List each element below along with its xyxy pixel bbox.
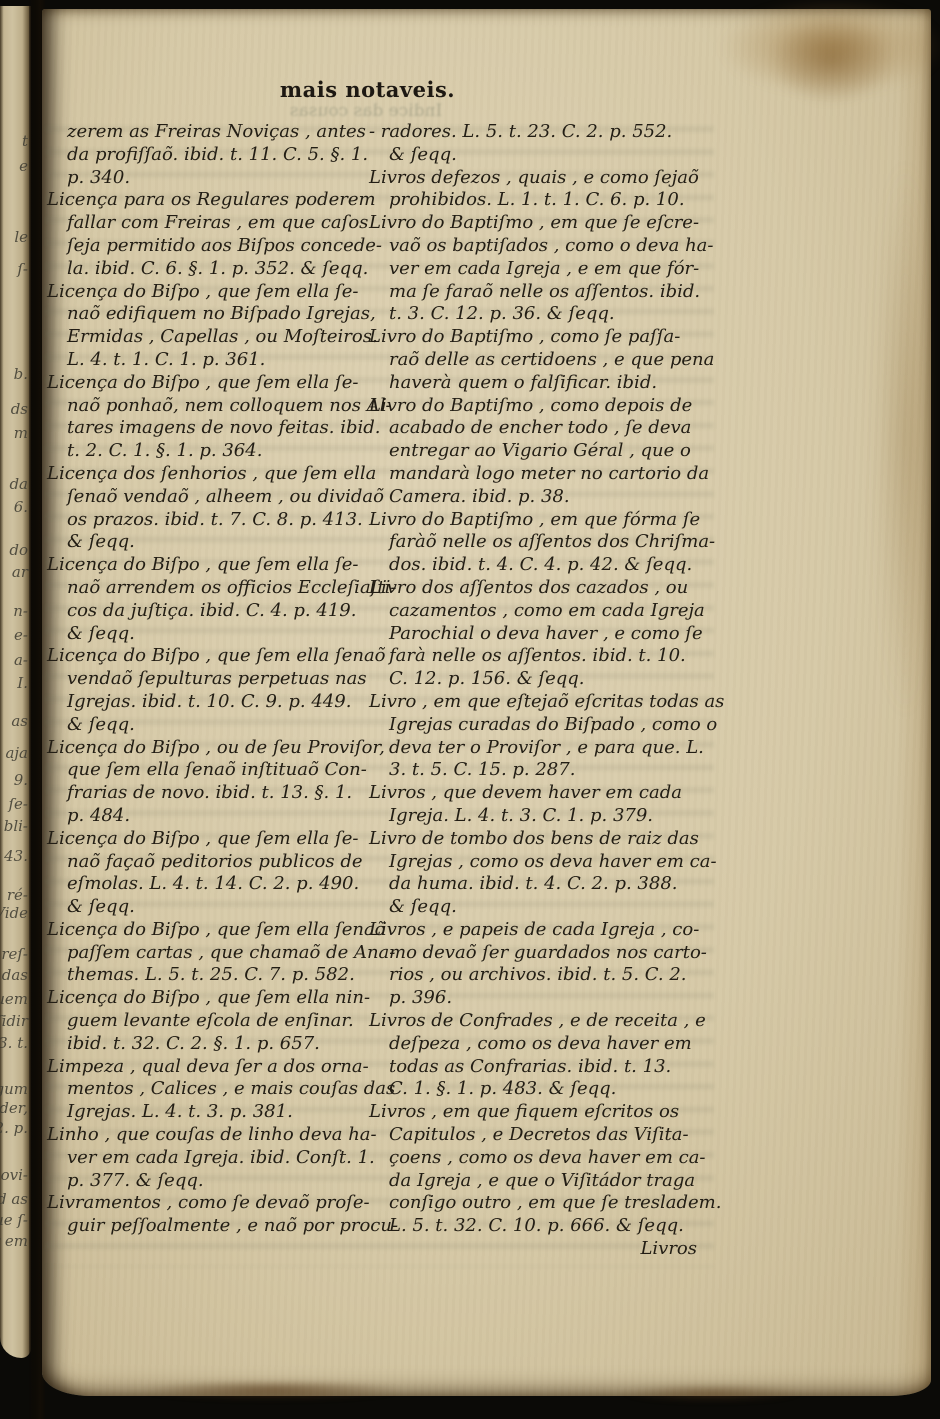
facing-page-edge: teleſ-b.dsmda6.doarn-e-a-I.asaja9.ſe-bli… bbox=[0, 6, 31, 1358]
index-line: naõ edifiquem no Biſpado Igrejas, bbox=[47, 303, 379, 326]
index-line: Licença do Biſpo , que ſem ella ſenaõ bbox=[47, 645, 379, 668]
facing-page-text-fragment: do bbox=[9, 541, 28, 559]
index-entry: Livro do Baptiſmo , como depois deacabad… bbox=[369, 395, 705, 509]
facing-page-text-fragment: 43. bbox=[4, 847, 28, 865]
index-line: Livro , em que eſtejaõ eſcritas todas as bbox=[369, 691, 705, 714]
index-line: rios , ou archivos. ibid. t. 5. C. 2. bbox=[369, 964, 705, 987]
facing-page-text-fragment: t bbox=[22, 132, 28, 150]
index-line: themas. L. 5. t. 25. C. 7. p. 582. bbox=[47, 964, 379, 987]
index-line: ver em cada Igreja , e em que fór- bbox=[369, 258, 705, 281]
facing-page-text-fragment: 2. p. bbox=[0, 1119, 28, 1137]
index-line: Licença do Biſpo , ou de ſeu Proviſor, bbox=[47, 737, 379, 760]
showthrough-header: Indice das cousas bbox=[266, 101, 466, 121]
facing-page-text-fragment: b. bbox=[14, 365, 28, 383]
index-line: haverà quem o falſificar. ibid. bbox=[369, 372, 705, 395]
index-entry: Livros defezos , quais , e como ſejaõpro… bbox=[369, 167, 705, 213]
index-entry: Livro do Baptiſmo , como ſe paſſa-raõ de… bbox=[369, 326, 705, 394]
index-line: fallar com Freiras , em que caſos bbox=[47, 212, 379, 235]
index-line: ibid. t. 32. C. 2. §. 1. p. 657. bbox=[47, 1033, 379, 1056]
index-line: Livros , em que fiquem eſcritos os bbox=[369, 1101, 705, 1124]
index-entry: Livro dos aſſentos dos cazados , oucazam… bbox=[369, 577, 705, 691]
facing-page-text-fragment: as bbox=[11, 712, 28, 730]
index-entry: - radores. L. 5. t. 23. C. 2. p. 552.& ſ… bbox=[369, 121, 705, 167]
index-line: Ermidas , Capellas , ou Moſteiros. bbox=[47, 326, 379, 349]
index-entry: Livro do Baptiſmo , em que ſe eſcre-vaõ … bbox=[369, 212, 705, 326]
index-line: Livros , e papeis de cada Igreja , co- bbox=[369, 919, 705, 942]
index-line: & ſeqq. bbox=[47, 623, 379, 646]
index-line: Igrejas , como os deva haver em ca- bbox=[369, 851, 705, 874]
index-line: 3. t. 5. C. 15. p. 287. bbox=[369, 759, 705, 782]
index-line: & ſeqq. bbox=[47, 714, 379, 737]
facing-page-text-fragment: das bbox=[2, 966, 28, 984]
index-line: çoens , como os deva haver em ca- bbox=[369, 1147, 705, 1170]
index-line: deſpeza , como os deva haver em bbox=[369, 1033, 705, 1056]
index-line: Igrejas. ibid. t. 10. C. 9. p. 449. bbox=[47, 691, 379, 714]
index-entry: Livros , e papeis de cada Igreja , co-mo… bbox=[369, 919, 705, 1010]
index-line: p. 340. bbox=[47, 167, 379, 190]
index-line: Capitulos , e Decretos das Viſita- bbox=[369, 1124, 705, 1147]
facing-page-text-fragment: e bbox=[19, 157, 28, 175]
index-line: da profiſſaõ. ibid. t. 11. C. 5. §. 1. bbox=[47, 144, 379, 167]
index-line: Igreja. L. 4. t. 3. C. 1. p. 379. bbox=[369, 805, 705, 828]
facing-page-text-fragment: ſidir bbox=[0, 1012, 28, 1030]
facing-page-text-fragment: d as bbox=[0, 1190, 28, 1208]
index-line: naõ façaõ peditorios publicos de bbox=[47, 851, 379, 874]
catchword: Livros bbox=[369, 1238, 705, 1261]
index-line: conſigo outro , em que ſe tresladem. bbox=[369, 1192, 705, 1215]
index-column-right: - radores. L. 5. t. 23. C. 2. p. 552.& ſ… bbox=[369, 121, 705, 1261]
index-entry: Licença do Biſpo , que ſem ella nin-guem… bbox=[47, 987, 379, 1055]
index-line: cazamentos , como em cada Igreja bbox=[369, 600, 705, 623]
facing-page-text-fragment: I. bbox=[17, 674, 28, 692]
paper-smudge-bottom-right bbox=[622, 1384, 802, 1402]
facing-page-text-fragment: a- bbox=[14, 651, 28, 669]
index-line: Licença dos ſenhorios , que ſem ella bbox=[47, 463, 379, 486]
index-line: la. ibid. C. 6. §. 1. p. 352. & ſeqq. bbox=[47, 258, 379, 281]
facing-page-text-fragment: ue ſ- bbox=[0, 1211, 28, 1229]
index-line: mandarà logo meter no cartorio da bbox=[369, 463, 705, 486]
index-line: guir peſſoalmente , e naõ por procu- bbox=[47, 1215, 379, 1238]
index-line: da Igreja , e que o Viſitádor traga bbox=[369, 1170, 705, 1193]
index-line: Parochial o deva haver , e como ſe bbox=[369, 623, 705, 646]
facing-page-text-fragment: da bbox=[9, 475, 28, 493]
index-entry: Licença do Biſpo , ou de ſeu Proviſor,qu… bbox=[47, 737, 379, 828]
index-line: Livros defezos , quais , e como ſejaõ bbox=[369, 167, 705, 190]
index-line: naõ arrendem os officios Eccleſiaſti- bbox=[47, 577, 379, 600]
facing-page-text-fragment: ds bbox=[11, 400, 28, 418]
index-line: vendaõ ſepulturas perpetuas nas bbox=[47, 668, 379, 691]
index-line: L. 5. t. 32. C. 10. p. 666. & ſeqq. bbox=[369, 1215, 705, 1238]
facing-page-text-fragment: ar bbox=[12, 563, 28, 581]
facing-page-text-fragment: le bbox=[14, 228, 28, 246]
paper-smudge-bottom-left bbox=[142, 1380, 402, 1400]
index-line: Licença para os Regulares poderem bbox=[47, 189, 379, 212]
facing-page-text-fragment: gum bbox=[0, 1080, 28, 1098]
facing-page-text-fragment: uem bbox=[0, 990, 28, 1008]
index-entry: Livro , em que eſtejaõ eſcritas todas as… bbox=[369, 691, 705, 782]
index-entry: Licença para os Regulares poderemfallar … bbox=[47, 189, 379, 280]
index-entry: Livros , em que fiquem eſcritos osCapitu… bbox=[369, 1101, 705, 1238]
index-line: Licença do Biſpo , que ſem ella ſe- bbox=[47, 554, 379, 577]
index-line: Livro dos aſſentos dos cazados , ou bbox=[369, 577, 705, 600]
index-line: Livros , que devem haver em cada bbox=[369, 782, 705, 805]
index-line: eſmolas. L. 4. t. 14. C. 2. p. 490. bbox=[47, 873, 379, 896]
facing-page-text-fragment: 9. bbox=[14, 771, 28, 789]
index-line: naõ ponhaõ, nem colloquem nos Al- bbox=[47, 395, 379, 418]
index-line: da huma. ibid. t. 4. C. 2. p. 388. bbox=[369, 873, 705, 896]
facing-page-text-fragment: 3. t. bbox=[0, 1034, 28, 1052]
index-line: Igrejas curadas do Biſpado , como o bbox=[369, 714, 705, 737]
facing-page-text-fragment: aja bbox=[5, 744, 28, 762]
facing-page-text-fragment: m bbox=[14, 424, 28, 442]
index-line: todas as Confrarias. ibid. t. 13. bbox=[369, 1056, 705, 1079]
index-line: paſſem cartas , que chamaõ de Ana- bbox=[47, 942, 379, 965]
index-entry: Licença do Biſpo , que ſem ella ſenaõven… bbox=[47, 645, 379, 736]
index-line: Licença do Biſpo , que ſem ella ſe- bbox=[47, 281, 379, 304]
facing-page-text-fragment: ovi- bbox=[1, 1166, 28, 1184]
facing-page-text-fragment: eder, bbox=[0, 1099, 28, 1117]
index-entry: Livro de tombo dos bens de raiz dasIgrej… bbox=[369, 828, 705, 919]
index-line: cos da juſtiça. ibid. C. 4. p. 419. bbox=[47, 600, 379, 623]
index-line: Livro do Baptiſmo , em que fórma ſe bbox=[369, 509, 705, 532]
index-line: Livros de Confrades , e de receita , e bbox=[369, 1010, 705, 1033]
index-entry: Livro do Baptiſmo , em que fórma ſefaràõ… bbox=[369, 509, 705, 577]
paper-stain-top-right-dark bbox=[771, 15, 891, 105]
index-entry: Licença do Biſpo , que ſem ella ſe-naõ f… bbox=[47, 828, 379, 919]
index-line: & ſeqq. bbox=[47, 531, 379, 554]
scanned-page: Indice das cousas mais notaveis. zerem a… bbox=[42, 9, 931, 1396]
index-line: C. 12. p. 156. & ſeqq. bbox=[369, 668, 705, 691]
index-line: frarias de novo. ibid. t. 13. §. 1. bbox=[47, 782, 379, 805]
index-line: os prazos. ibid. t. 7. C. 8. p. 413. bbox=[47, 509, 379, 532]
index-line: guem levante eſcola de enſinar. bbox=[47, 1010, 379, 1033]
facing-page-text-fragment: ſ- bbox=[17, 260, 28, 278]
index-entry: Livros , que devem haver em cadaIgreja. … bbox=[369, 782, 705, 828]
facing-page-text-fragment: Vide bbox=[0, 904, 28, 922]
index-line: mo devaõ ſer guardados nos carto- bbox=[369, 942, 705, 965]
index-line: & ſeqq. bbox=[369, 896, 705, 919]
index-entry: Livramentos , como ſe devaõ proſe-guir p… bbox=[47, 1192, 379, 1238]
index-line: L. 4. t. 1. C. 1. p. 361. bbox=[47, 349, 379, 372]
index-entry: zerem as Freiras Noviças , antesda profi… bbox=[47, 121, 379, 189]
index-line: & ſeqq. bbox=[369, 144, 705, 167]
index-line: ma ſe faraõ nelle os aſſentos. ibid. bbox=[369, 281, 705, 304]
index-line: Licença do Biſpo , que ſem ella nin- bbox=[47, 987, 379, 1010]
index-line: - radores. L. 5. t. 23. C. 2. p. 552. bbox=[369, 121, 705, 144]
index-column-left: zerem as Freiras Noviças , antesda profi… bbox=[47, 121, 379, 1238]
index-line: deva ter o Proviſor , e para que. L. bbox=[369, 737, 705, 760]
index-entry: Licença do Biſpo , que ſem ella ſe-naõ p… bbox=[47, 372, 379, 463]
index-line: Limpeza , qual deva ſer a dos orna- bbox=[47, 1056, 379, 1079]
index-line: C. 1. §. 1. p. 483. & ſeqq. bbox=[369, 1078, 705, 1101]
index-line: p. 377. & ſeqq. bbox=[47, 1170, 379, 1193]
index-entry: Licença do Biſpo , que ſem ella ſenaõpaſ… bbox=[47, 919, 379, 987]
facing-page-text-fragment: reſ- bbox=[1, 945, 28, 963]
running-header: mais notaveis. bbox=[270, 77, 465, 102]
index-line: que ſem ella ſenaõ inſtituaõ Con- bbox=[47, 759, 379, 782]
index-line: Camera. ibid. p. 38. bbox=[369, 486, 705, 509]
index-line: t. 3. C. 12. p. 36. & ſeqq. bbox=[369, 303, 705, 326]
index-line: ſenaõ vendaõ , alheem , ou dividaõ bbox=[47, 486, 379, 509]
index-line: p. 396. bbox=[369, 987, 705, 1010]
index-entry: Licença dos ſenhorios , que ſem ellaſena… bbox=[47, 463, 379, 554]
index-entry: Livros de Confrades , e de receita , ede… bbox=[369, 1010, 705, 1101]
index-line: Livramentos , como ſe devaõ proſe- bbox=[47, 1192, 379, 1215]
index-line: ver em cada Igreja. ibid. Conſt. 1. bbox=[47, 1147, 379, 1170]
index-line: vaõ os baptiſados , como o deva ha- bbox=[369, 235, 705, 258]
index-line: prohibidos. L. 1. t. 1. C. 6. p. 10. bbox=[369, 189, 705, 212]
index-line: Licença do Biſpo , que ſem ella ſe- bbox=[47, 828, 379, 851]
index-line: dos. ibid. t. 4. C. 4. p. 42. & ſeqq. bbox=[369, 554, 705, 577]
facing-page-text-fragment: bli- bbox=[4, 817, 28, 835]
facing-page-text-fragment: 6. bbox=[14, 498, 28, 516]
index-line: Licença do Biſpo , que ſem ella ſenaõ bbox=[47, 919, 379, 942]
index-line: t. 2. C. 1. §. 1. p. 364. bbox=[47, 440, 379, 463]
index-entry: Licença do Biſpo , que ſem ella ſe-naõ a… bbox=[47, 554, 379, 645]
index-line: ſeja permitido aos Biſpos concede- bbox=[47, 235, 379, 258]
index-entry: Limpeza , qual deva ſer a dos orna-mento… bbox=[47, 1056, 379, 1124]
index-line: p. 484. bbox=[47, 805, 379, 828]
index-line: & ſeqq. bbox=[47, 896, 379, 919]
index-line: Livro do Baptiſmo , como ſe paſſa- bbox=[369, 326, 705, 349]
index-entry: Licença do Biſpo , que ſem ella ſe-naõ e… bbox=[47, 281, 379, 372]
facing-page-text-fragment: e- bbox=[14, 626, 28, 644]
index-line: tares imagens de novo feitas. ibid. bbox=[47, 417, 379, 440]
index-line: faràõ nelle os aſſentos dos Chriſma- bbox=[369, 531, 705, 554]
index-line: Livro do Baptiſmo , em que ſe eſcre- bbox=[369, 212, 705, 235]
index-line: zerem as Freiras Noviças , antes bbox=[47, 121, 379, 144]
index-line: Livro do Baptiſmo , como depois de bbox=[369, 395, 705, 418]
paper-stain-right-edge bbox=[875, 159, 935, 719]
index-line: Livro de tombo dos bens de raiz das bbox=[369, 828, 705, 851]
index-line: raõ delle as certidoens , e que pena bbox=[369, 349, 705, 372]
index-line: farà nelle os aſſentos. ibid. t. 10. bbox=[369, 645, 705, 668]
index-line: entregar ao Vigario Géral , que o bbox=[369, 440, 705, 463]
facing-page-text-fragment: n- bbox=[13, 602, 28, 620]
index-line: Licença do Biſpo , que ſem ella ſe- bbox=[47, 372, 379, 395]
facing-page-text-fragment: ſe- bbox=[9, 795, 29, 813]
index-entry: Linho , que couſas de linho deva ha-ver … bbox=[47, 1124, 379, 1192]
facing-page-text-fragment: ré- bbox=[7, 886, 28, 904]
facing-page-text-fragment: er em bbox=[0, 1232, 28, 1250]
index-line: Igrejas. L. 4. t. 3. p. 381. bbox=[47, 1101, 379, 1124]
index-line: mentos , Calices , e mais couſas das bbox=[47, 1078, 379, 1101]
index-line: Linho , que couſas de linho deva ha- bbox=[47, 1124, 379, 1147]
index-line: acabado de encher todo , ſe deva bbox=[369, 417, 705, 440]
